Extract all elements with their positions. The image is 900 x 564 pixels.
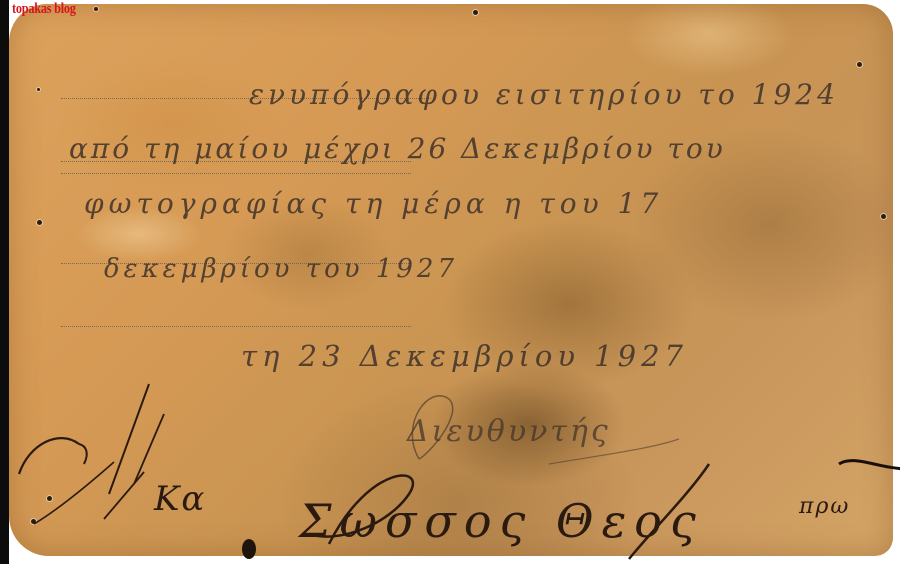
handwritten-line-4: δεκεμβρίου του 1927 xyxy=(104,254,458,284)
puncture-hole xyxy=(881,214,886,219)
scan-edge-bar xyxy=(0,0,9,564)
puncture-hole xyxy=(857,62,862,67)
handwritten-line-2: από τη μαίου μέχρι 26 Δεκεμβρίου του xyxy=(69,132,726,165)
postcard: ενυπόγραφου εισιτηρίου το 1924 από τη μα… xyxy=(9,4,893,556)
handwritten-line-3: φωτογραφίας τη μέρα η του 17 xyxy=(84,187,663,220)
ink-salutation: Κα xyxy=(154,479,206,519)
handwritten-date-line: τη 23 Δεκεμβρίου 1927 xyxy=(241,339,688,373)
puncture-hole xyxy=(94,7,98,11)
ink-signature-suffix: πρω xyxy=(799,494,850,519)
blog-watermark: topakas blog xyxy=(12,1,76,18)
puncture-hole xyxy=(37,88,40,91)
ruled-line xyxy=(61,326,411,327)
puncture-hole xyxy=(473,10,478,15)
handwritten-line-1: ενυπόγραφου εισιτηρίου το 1924 xyxy=(249,78,839,111)
puncture-hole xyxy=(37,220,42,225)
ink-signature-name: Σωσσος Θεος xyxy=(299,494,704,548)
ruled-line xyxy=(61,173,411,174)
